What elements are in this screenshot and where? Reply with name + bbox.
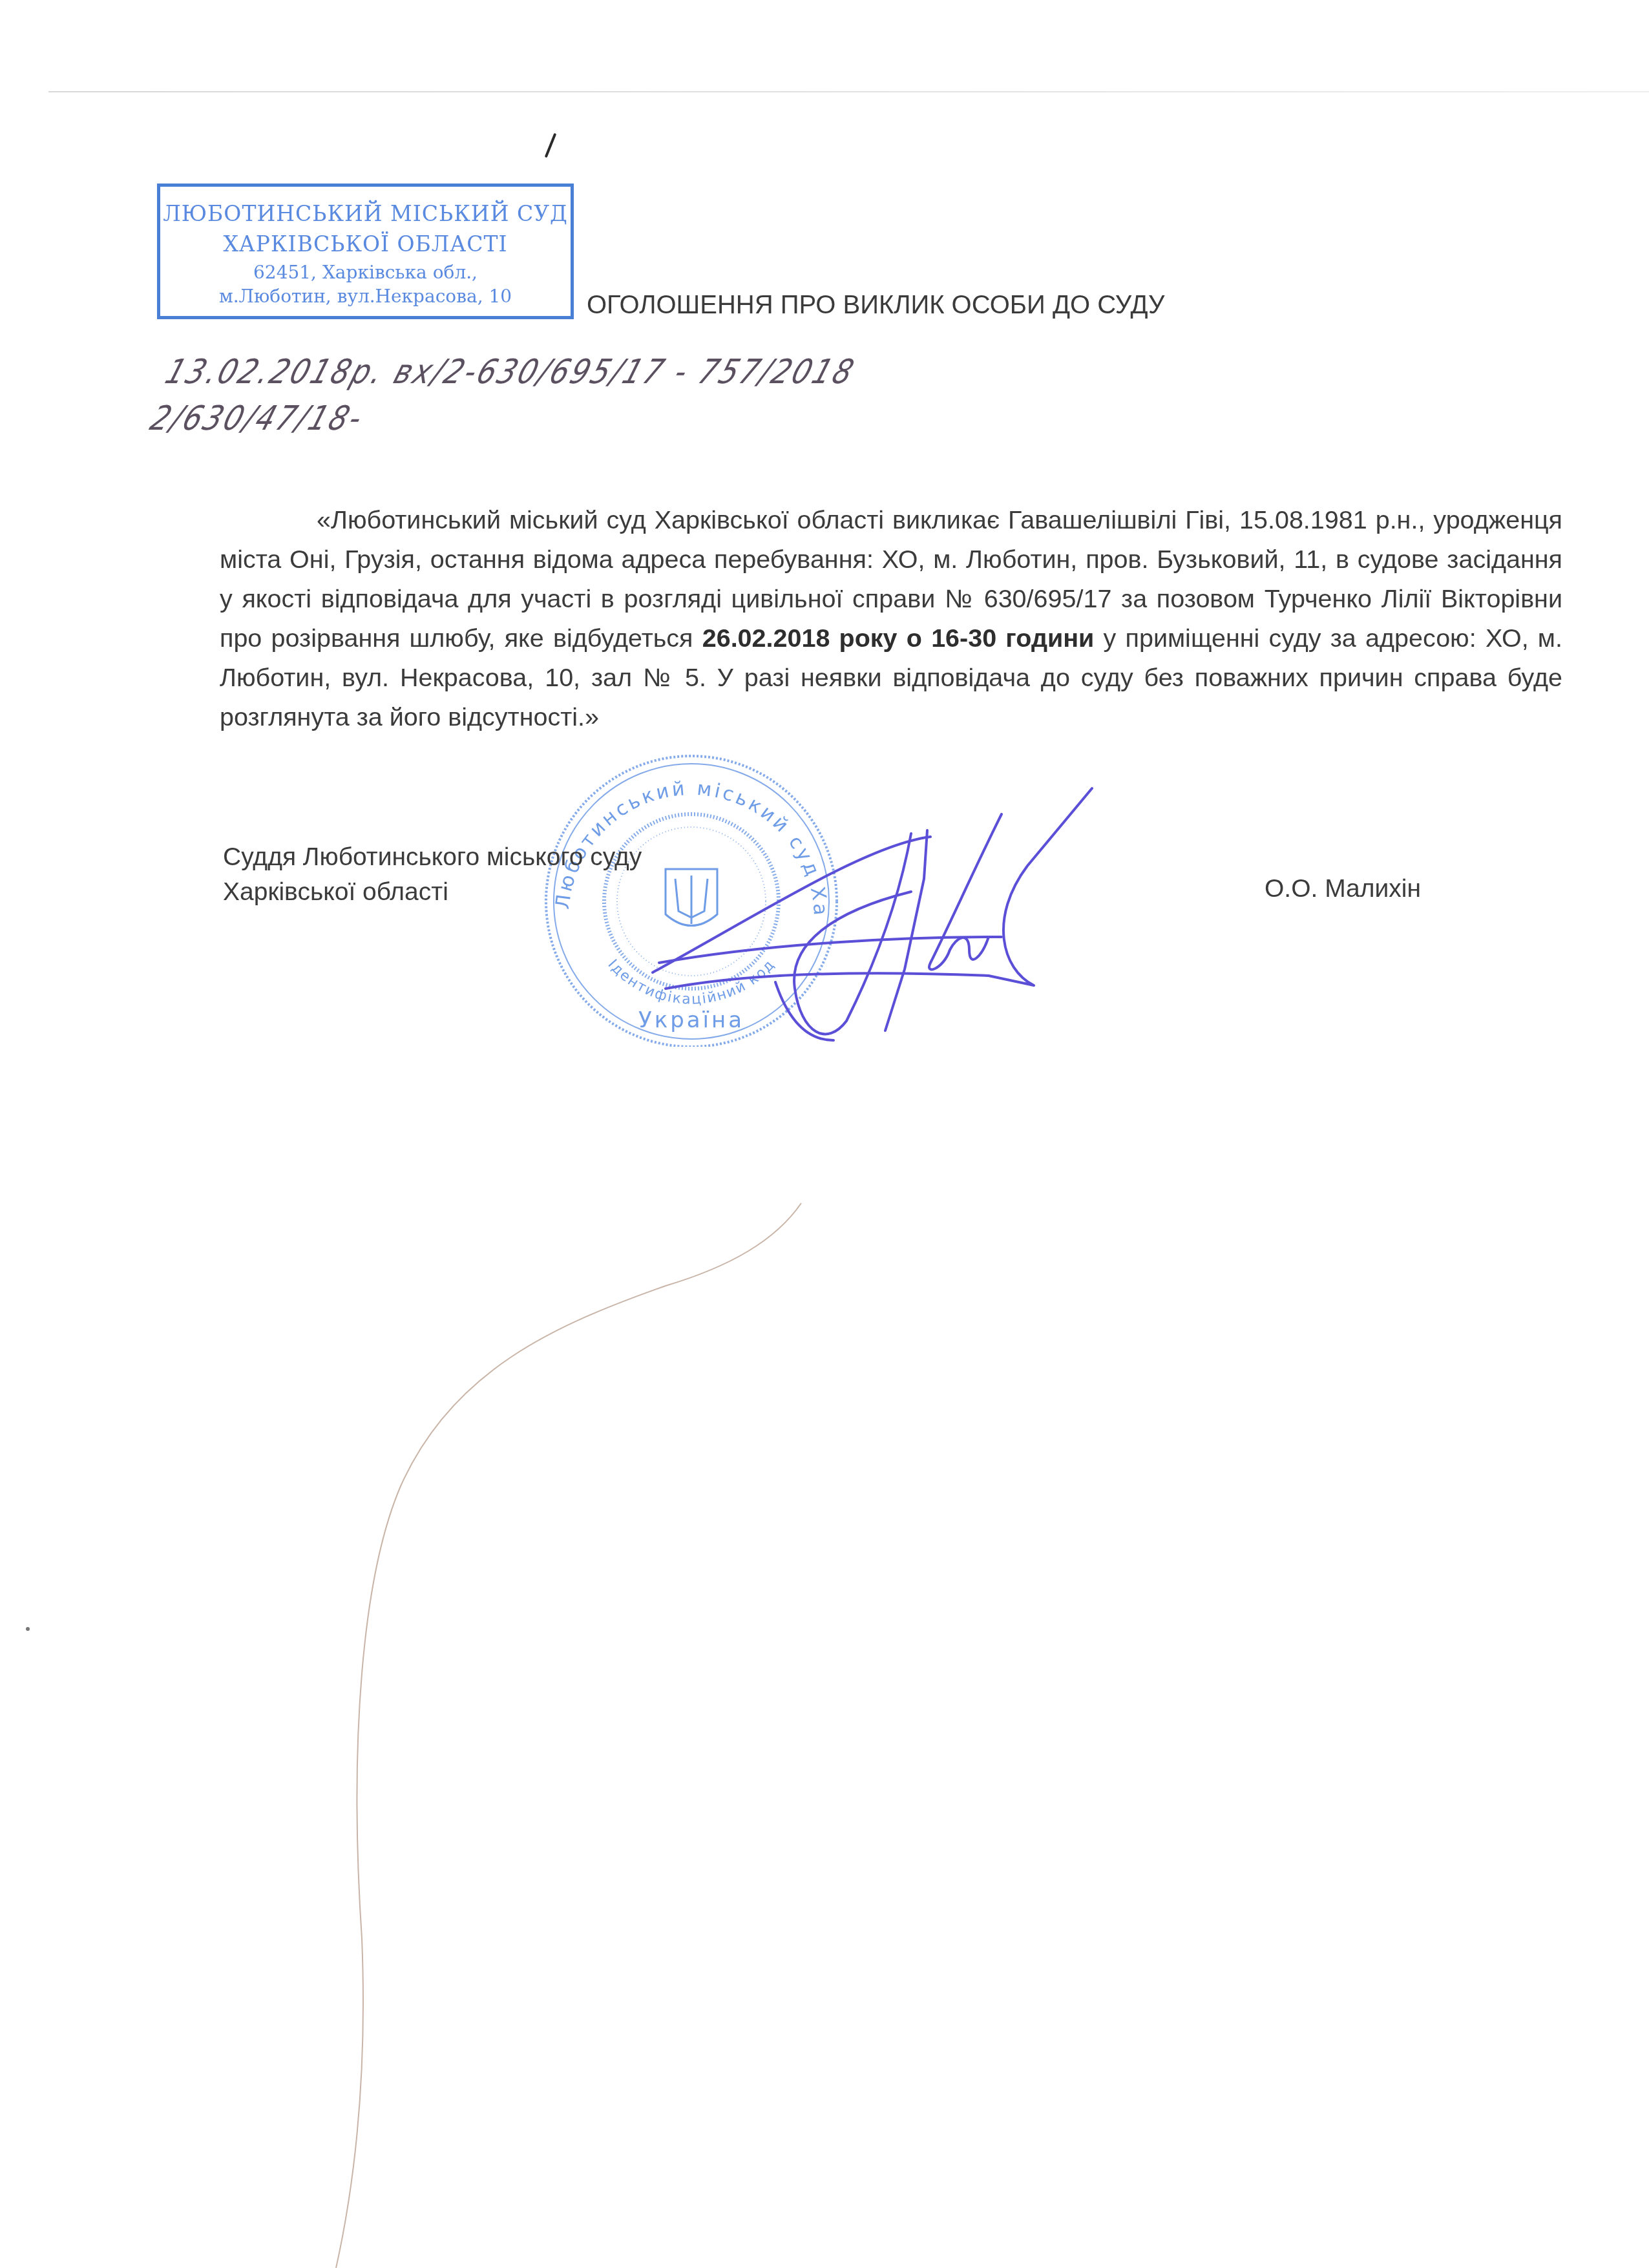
pen-mark <box>545 133 557 158</box>
judge-position-line-1: Суддя Люботинського міського суду <box>223 840 642 875</box>
document-title: ОГОЛОШЕННЯ ПРО ВИКЛИК ОСОБИ ДО СУДУ <box>587 291 1164 320</box>
judge-name: О.О. Малихін <box>1265 875 1421 903</box>
judge-signature <box>640 775 1105 1047</box>
scan-edge-line <box>48 91 1649 92</box>
stamp-line-4: м.Люботин, вул.Некрасова, 10 <box>160 286 571 307</box>
stamp-line-1: ЛЮБОТИНСЬКИЙ МІСЬКИЙ СУД <box>160 201 571 226</box>
scan-speck <box>26 1627 30 1631</box>
announcement-body: «Люботинський міський суд Харківської об… <box>220 501 1562 737</box>
handwritten-line-2: 2/630/47/18- <box>144 395 846 442</box>
handwritten-line-1: 13.02.2018р. вх/2-630/695/17 - 757/2018 <box>160 349 862 395</box>
hearing-datetime: 26.02.2018 року о 16-30 години <box>702 624 1095 653</box>
scan-hair-artifact <box>0 0 1649 2268</box>
court-address-stamp: ЛЮБОТИНСЬКИЙ МІСЬКИЙ СУД ХАРКІВСЬКОЇ ОБЛ… <box>157 184 574 319</box>
judge-position: Суддя Люботинського міського суду Харків… <box>223 840 642 910</box>
judge-position-line-2: Харківської області <box>223 875 642 910</box>
stamp-line-2: ХАРКІВСЬКОЇ ОБЛАСТІ <box>160 231 571 257</box>
handwritten-registration-note: 13.02.2018р. вх/2-630/695/17 - 757/2018 … <box>144 349 861 442</box>
stamp-line-3: 62451, Харківська обл., <box>160 262 571 283</box>
